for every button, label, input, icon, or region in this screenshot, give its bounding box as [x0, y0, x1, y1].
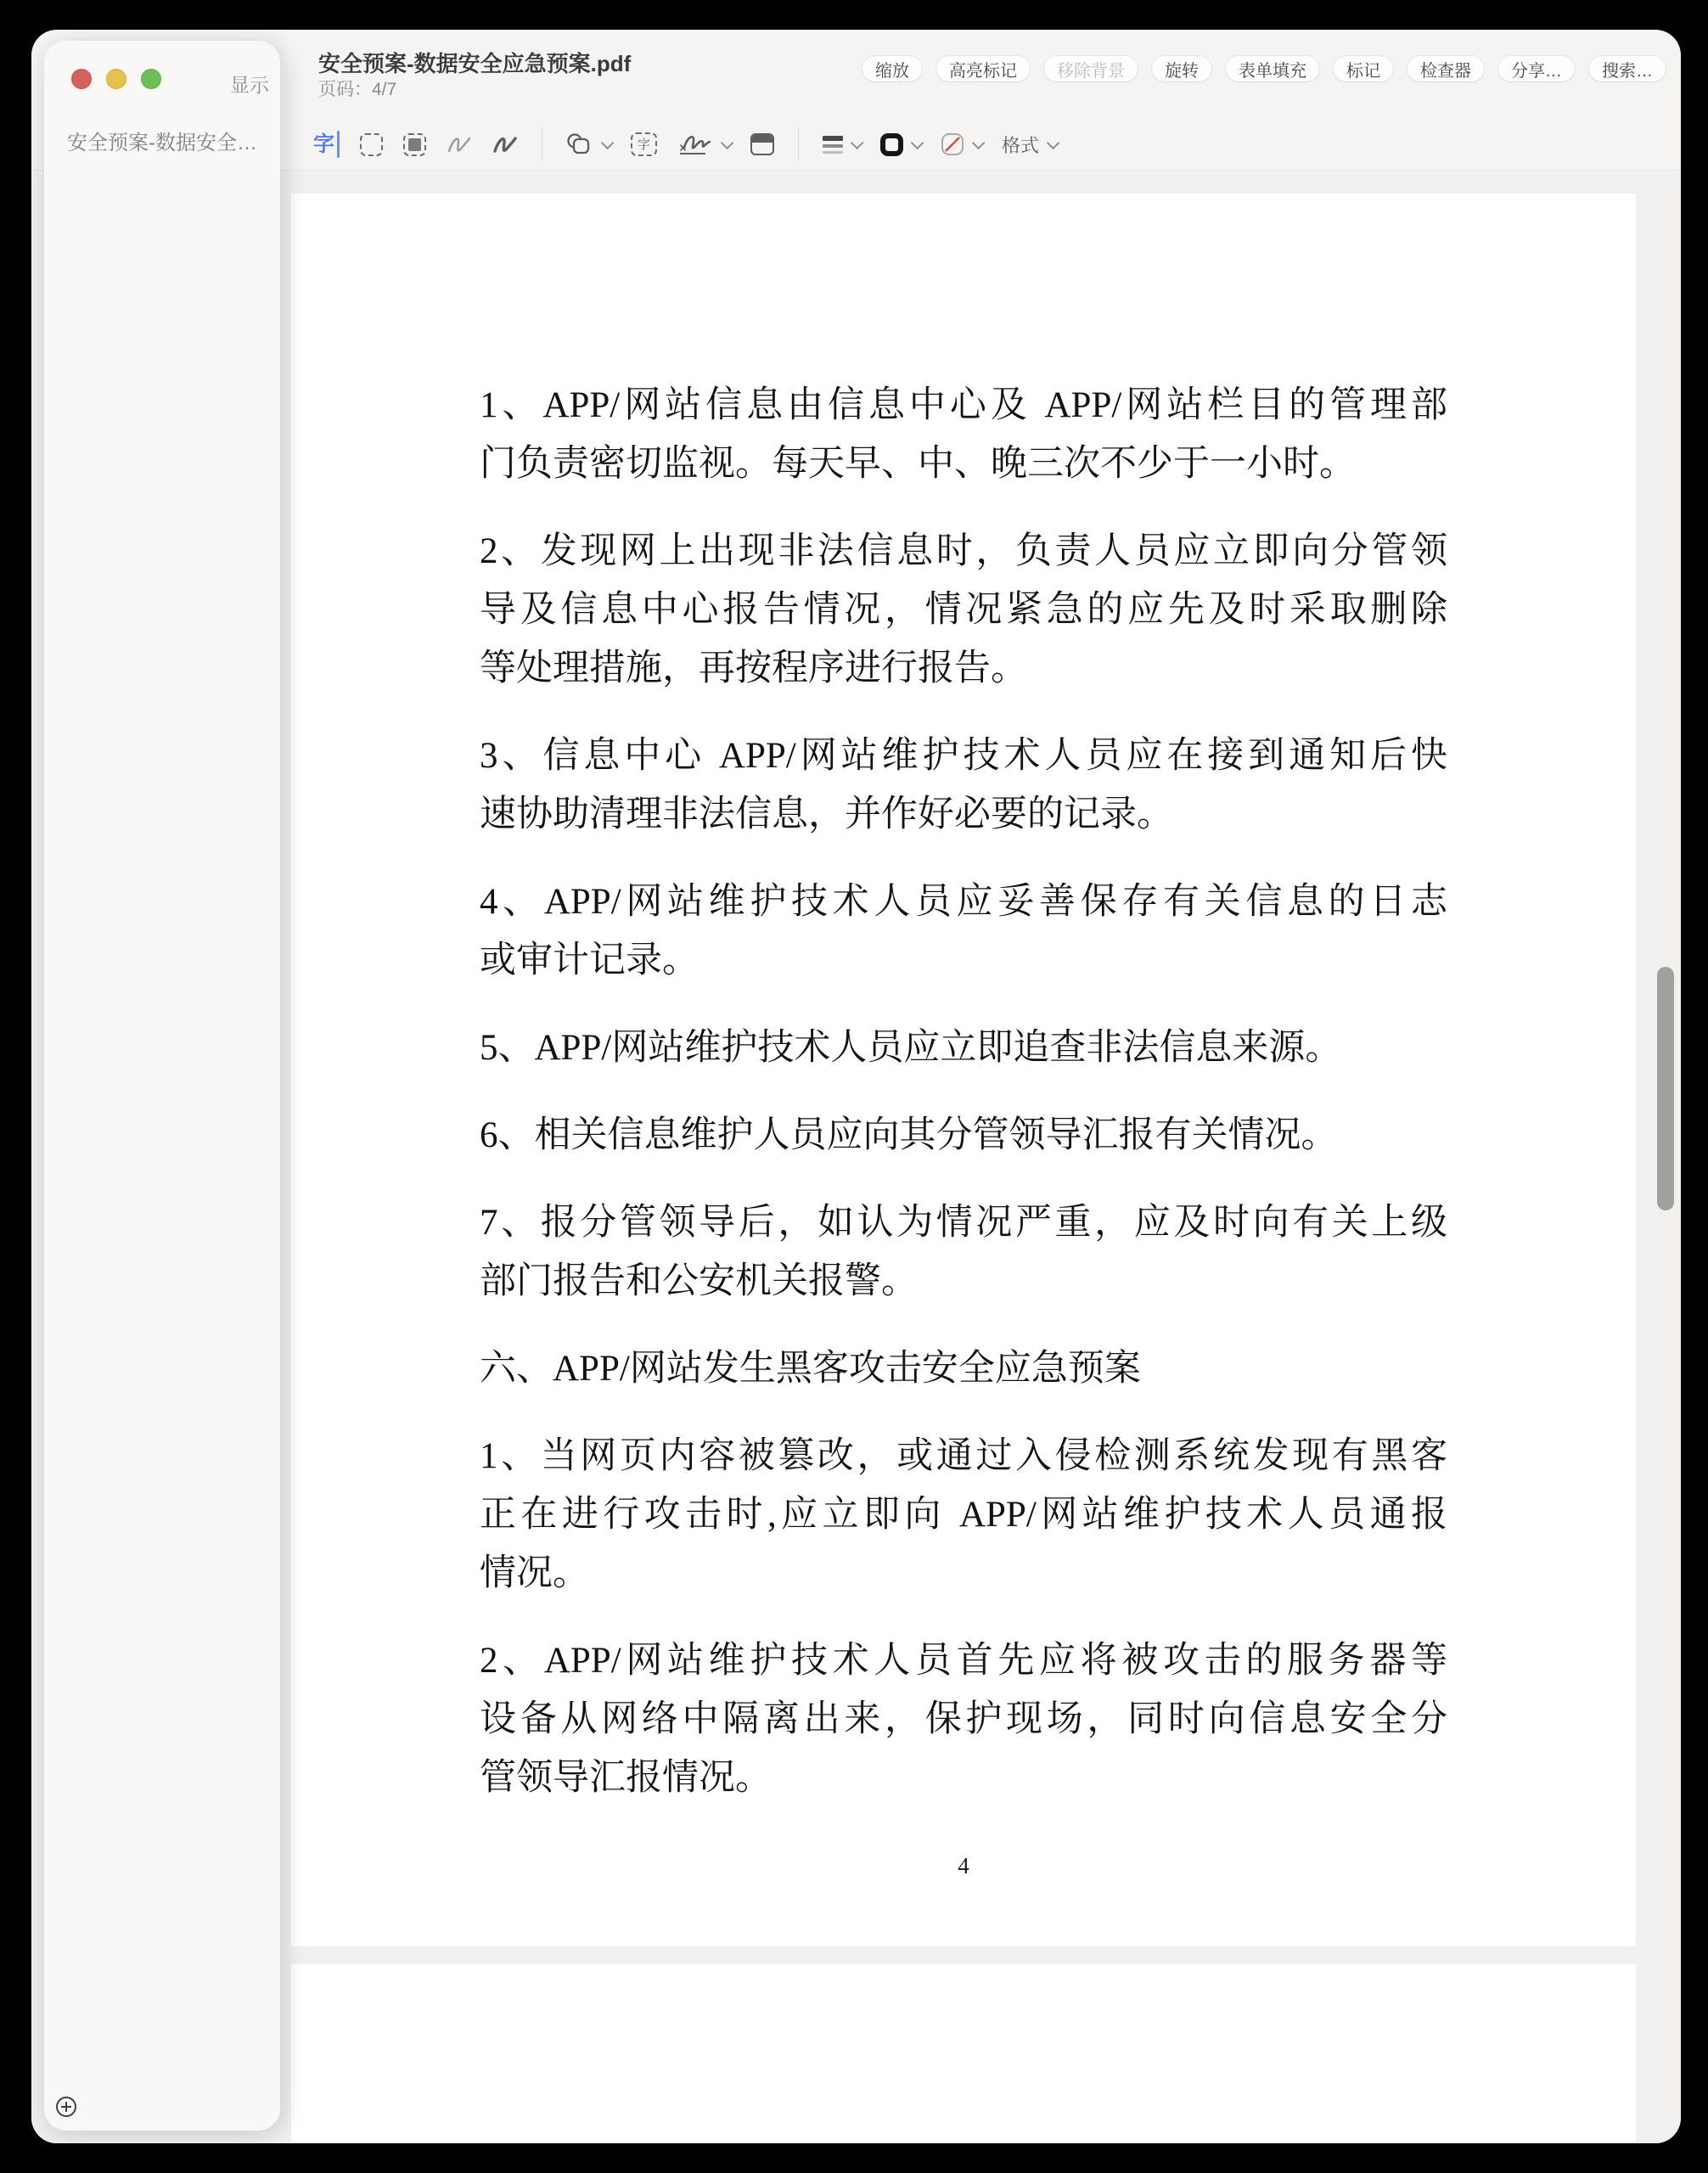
- display-menu-button[interactable]: 显示: [230, 70, 269, 98]
- document-text-line: 3、信息中心 APP/网站维护技术人员应在接到通知后快: [480, 727, 1447, 785]
- text-box-tool-button[interactable]: 字: [631, 132, 657, 156]
- header-button[interactable]: 表单填充: [1226, 56, 1319, 81]
- thumbnail-sidebar: 显示 安全预案-数据安全…: [44, 41, 280, 2131]
- annotation-toolbar: 字 字: [313, 120, 1056, 169]
- draw-squiggle-icon: [492, 132, 518, 157]
- toolbar-separator: [798, 126, 799, 162]
- window-controls: [71, 69, 161, 89]
- chevron-down-icon: [1047, 136, 1060, 149]
- line-style-icon: [823, 136, 843, 154]
- border-color-button[interactable]: [880, 133, 920, 156]
- document-paragraph: 2、发现网上出现非法信息时，负责人员应立即向分管领导及信息中心报告情况，情况紧急…: [480, 522, 1447, 698]
- document-text-line: 部门报告和公安机关报警。: [480, 1252, 1447, 1311]
- rectangle-select-tool-button[interactable]: [360, 133, 383, 156]
- header-button[interactable]: 标记: [1334, 56, 1393, 81]
- document-paragraph: 1、当网页内容被篡改，或通过入侵检测系统发现有黑客正在进行攻击时,应立即向 AP…: [480, 1427, 1447, 1603]
- header-button[interactable]: 分享…: [1498, 56, 1575, 81]
- minimize-button[interactable]: [106, 69, 126, 89]
- document-text-line: 1、APP/网站信息由信息中心及 APP/网站栏目的管理部: [480, 376, 1447, 435]
- document-text-line: 或审计记录。: [480, 931, 1447, 990]
- preview-window: 安全预案-数据安全应急预案.pdf 页码：4/7 缩放高亮标记移除背景旋转表单填…: [31, 30, 1681, 2143]
- plus-button[interactable]: [56, 2097, 76, 2117]
- header-button: 移除背景: [1044, 56, 1138, 81]
- signature-icon: [677, 131, 713, 158]
- document-text-line: 门负责密切监视。每天早、中、晚三次不少于一小时。: [480, 435, 1447, 493]
- document-text-line: 导及信息中心报告情况，情况紧急的应先及时采取删除: [480, 581, 1447, 639]
- sketch-tool-button[interactable]: [447, 132, 472, 157]
- note-tool-button[interactable]: [750, 133, 774, 155]
- chevron-down-icon: [721, 136, 734, 149]
- border-color-icon: [880, 133, 903, 156]
- line-style-button[interactable]: [823, 136, 860, 154]
- chevron-down-icon: [911, 136, 924, 149]
- text-select-icon: 字: [313, 134, 334, 155]
- document-paragraph: 1、APP/网站信息由信息中心及 APP/网站栏目的管理部门负责密切监视。每天早…: [480, 376, 1447, 493]
- sketch-squiggle-icon: [447, 132, 472, 157]
- document-text-line: 等处理措施，再按程序进行报告。: [480, 639, 1447, 698]
- zoom-window-button[interactable]: [141, 69, 161, 89]
- document-paragraph: 4、APP/网站维护技术人员应妥善保存有关信息的日志或审计记录。: [480, 873, 1447, 990]
- text-select-tool-button[interactable]: 字: [313, 131, 340, 158]
- rectangle-select-icon: [360, 133, 383, 156]
- document-paragraph: 2、APP/网站维护技术人员首先应将被攻击的服务器等设备从网络中隔离出来，保护现…: [480, 1631, 1447, 1807]
- shapes-icon: [566, 132, 593, 157]
- vertical-scrollbar-thumb[interactable]: [1657, 967, 1674, 1210]
- document-text-line: 4、APP/网站维护技术人员应妥善保存有关信息的日志: [480, 873, 1447, 931]
- document-text-line: 2、APP/网站维护技术人员首先应将被攻击的服务器等: [480, 1631, 1447, 1690]
- page-paragraphs: 1、APP/网站信息由信息中心及 APP/网站栏目的管理部门负责密切监视。每天早…: [480, 376, 1447, 1807]
- pdf-page-4[interactable]: 1、APP/网站信息由信息中心及 APP/网站栏目的管理部门负责密切监视。每天早…: [291, 194, 1636, 1946]
- document-text-line: 6、相关信息维护人员应向其分管领导汇报有关情况。: [480, 1106, 1447, 1165]
- close-button[interactable]: [71, 69, 92, 89]
- redact-tool-button[interactable]: [403, 133, 426, 156]
- format-label: 格式: [1002, 132, 1039, 158]
- fill-none-icon: [941, 132, 964, 156]
- format-menu-button[interactable]: 格式: [1002, 132, 1056, 158]
- header-button[interactable]: 检查器: [1407, 56, 1484, 81]
- page-indicator: 页码：4/7: [318, 76, 396, 101]
- document-text-line: 5、APP/网站维护技术人员应立即追查非法信息来源。: [480, 1019, 1447, 1077]
- document-text-line: 速协助清理非法信息，并作好必要的记录。: [480, 785, 1447, 844]
- document-text-line: 7、报分管领导后，如认为情况严重，应及时向有关上级: [480, 1193, 1447, 1252]
- document-title: 安全预案-数据安全应急预案.pdf: [318, 47, 631, 78]
- sidebar-document-label[interactable]: 安全预案-数据安全…: [44, 126, 280, 155]
- header-button[interactable]: 缩放: [862, 56, 922, 81]
- document-text-line: 管领导汇报情况。: [480, 1749, 1447, 1807]
- fill-color-button[interactable]: [941, 132, 981, 156]
- chevron-down-icon: [851, 136, 864, 149]
- header-button[interactable]: 旋转: [1152, 56, 1211, 81]
- header-buttons: 缩放高亮标记移除背景旋转表单填充标记检查器分享…搜索…: [862, 56, 1666, 81]
- document-paragraph: 5、APP/网站维护技术人员应立即追查非法信息来源。: [480, 1019, 1447, 1077]
- document-text-line: 2、发现网上出现非法信息时，负责人员应立即向分管领: [480, 522, 1447, 581]
- draw-tool-button[interactable]: [492, 132, 518, 157]
- text-box-icon: 字: [631, 132, 657, 156]
- document-paragraph: 六、APP/网站发生黑客攻击安全应急预案: [480, 1339, 1447, 1398]
- document-text-line: 1、当网页内容被篡改，或通过入侵检测系统发现有黑客: [480, 1427, 1447, 1485]
- document-paragraph: 3、信息中心 APP/网站维护技术人员应在接到通知后快速协助清理非法信息，并作好…: [480, 727, 1447, 844]
- chevron-down-icon: [972, 136, 986, 149]
- note-icon: [750, 133, 774, 155]
- document-text-line: 六、APP/网站发生黑客攻击安全应急预案: [480, 1339, 1447, 1398]
- text-cursor-icon: [337, 131, 340, 158]
- document-paragraph: 7、报分管领导后，如认为情况严重，应及时向有关上级部门报告和公安机关报警。: [480, 1193, 1447, 1311]
- page-footer-number: 4: [480, 1853, 1447, 1879]
- toolbar-separator: [542, 126, 542, 162]
- pdf-page-5-top[interactable]: [291, 1964, 1636, 2143]
- document-text-line: 情况。: [480, 1544, 1447, 1603]
- chevron-down-icon: [601, 136, 615, 149]
- document-text-line: 设备从网络中隔离出来，保护现场，同时向信息安全分: [480, 1690, 1447, 1749]
- header-button[interactable]: 搜索…: [1589, 56, 1666, 81]
- redact-icon: [403, 133, 426, 156]
- document-text-line: 正在进行攻击时,应立即向 APP/网站维护技术人员通报: [480, 1485, 1447, 1544]
- document-paragraph: 6、相关信息维护人员应向其分管领导汇报有关情况。: [480, 1106, 1447, 1165]
- header-button[interactable]: 高亮标记: [936, 56, 1030, 81]
- signature-tool-button[interactable]: [677, 131, 730, 158]
- shapes-tool-button[interactable]: [566, 132, 610, 157]
